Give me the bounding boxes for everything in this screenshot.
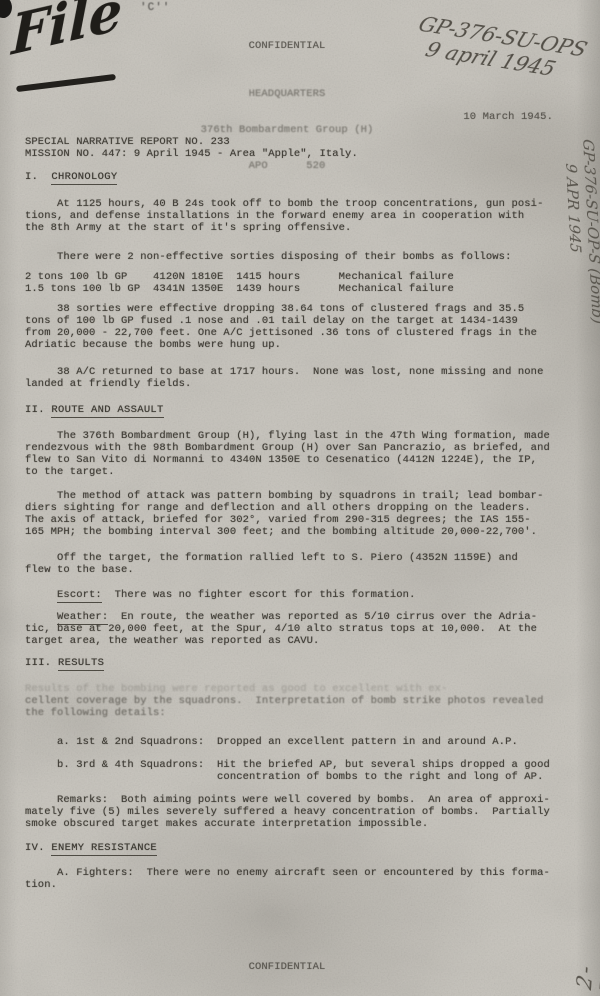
section-title: ENEMY RESISTANCE — [51, 842, 157, 856]
chronology-para-effective: 38 sorties were effective dropping 38.64… — [25, 303, 537, 351]
chronology-para-noneffective: There were 2 non-effective sorties dispo… — [25, 251, 511, 263]
section-number: I. — [25, 171, 51, 183]
results-para-coverage: cellent coverage by the squadrons. Inter… — [25, 695, 543, 719]
right-margin-handwritten-note: GP-376-SU-OP-S (Bomb) 9 APR 1945 — [561, 137, 600, 370]
classification-top: CONFIDENTIAL — [0, 40, 574, 52]
group-line: 376th Bombardment Group (H) — [0, 124, 574, 136]
weather-para: Weather: En route, the weather was repor… — [25, 611, 537, 647]
section-title: ROUTE AND ASSAULT — [51, 404, 163, 418]
chronology-para-takeoff: At 1125 hours, 40 B 24s took off to bomb… — [25, 198, 543, 234]
headquarters-line: HEADQUARTERS — [0, 88, 574, 100]
section-title: RESULTS — [58, 657, 104, 671]
results-item-b: b. 3rd & 4th Squadrons: Hit the briefed … — [25, 759, 550, 783]
escort-line: Escort: There was no fighter escort for … — [25, 589, 415, 601]
typed-smudge: 'C'' — [140, 2, 170, 14]
bomb-disposal-table: 2 tons 100 lb GP 4120N 1810E 1415 hours … — [25, 271, 454, 295]
escort-text: There was no fighter escort for this for… — [102, 589, 416, 601]
route-para-rendezvous: The 376th Bombardment Group (H), flying … — [25, 430, 550, 478]
results-faded-line: Results of the bombing were reported as … — [25, 683, 447, 695]
resistance-para-fighters: A. Fighters: There were no enemy aircraf… — [25, 867, 550, 891]
section-number: III. — [25, 657, 58, 669]
results-remarks: Remarks: Both aiming points were well co… — [25, 794, 550, 830]
route-para-rally: Off the target, the formation rallied le… — [25, 552, 518, 576]
section-heading-route: II. ROUTE AND ASSAULT — [25, 404, 164, 416]
results-item-a: a. 1st & 2nd Squadrons: Dropped an excel… — [25, 736, 518, 748]
mission-line: MISSION NO. 447: 9 April 1945 - Area "Ap… — [25, 148, 358, 160]
indent — [25, 611, 57, 623]
report-date: 10 March 1945. — [0, 111, 553, 123]
section-title: CHRONOLOGY — [51, 171, 117, 185]
escort-label: Escort: — [57, 589, 102, 603]
route-para-method: The method of attack was pattern bombing… — [25, 490, 543, 538]
file-handwritten-mark: File — [11, 0, 123, 68]
section-number: IV. — [25, 842, 51, 854]
bottom-right-reference-number: 2-5042-93 — [572, 913, 600, 996]
chronology-para-return: 38 A/C returned to base at 1717 hours. N… — [25, 366, 543, 390]
scanned-report-page: File 'C'' GP-376-SU-OPS 9 april 1945 CON… — [0, 0, 600, 996]
classification-bottom: CONFIDENTIAL — [0, 961, 574, 973]
section-heading-results: III. RESULTS — [25, 657, 104, 669]
section-number: II. — [25, 404, 51, 416]
section-heading-chronology: I. CHRONOLOGY — [25, 171, 117, 183]
report-title: SPECIAL NARRATIVE REPORT NO. 233 — [25, 136, 230, 148]
section-heading-resistance: IV. ENEMY RESISTANCE — [25, 842, 157, 854]
indent — [25, 589, 57, 601]
